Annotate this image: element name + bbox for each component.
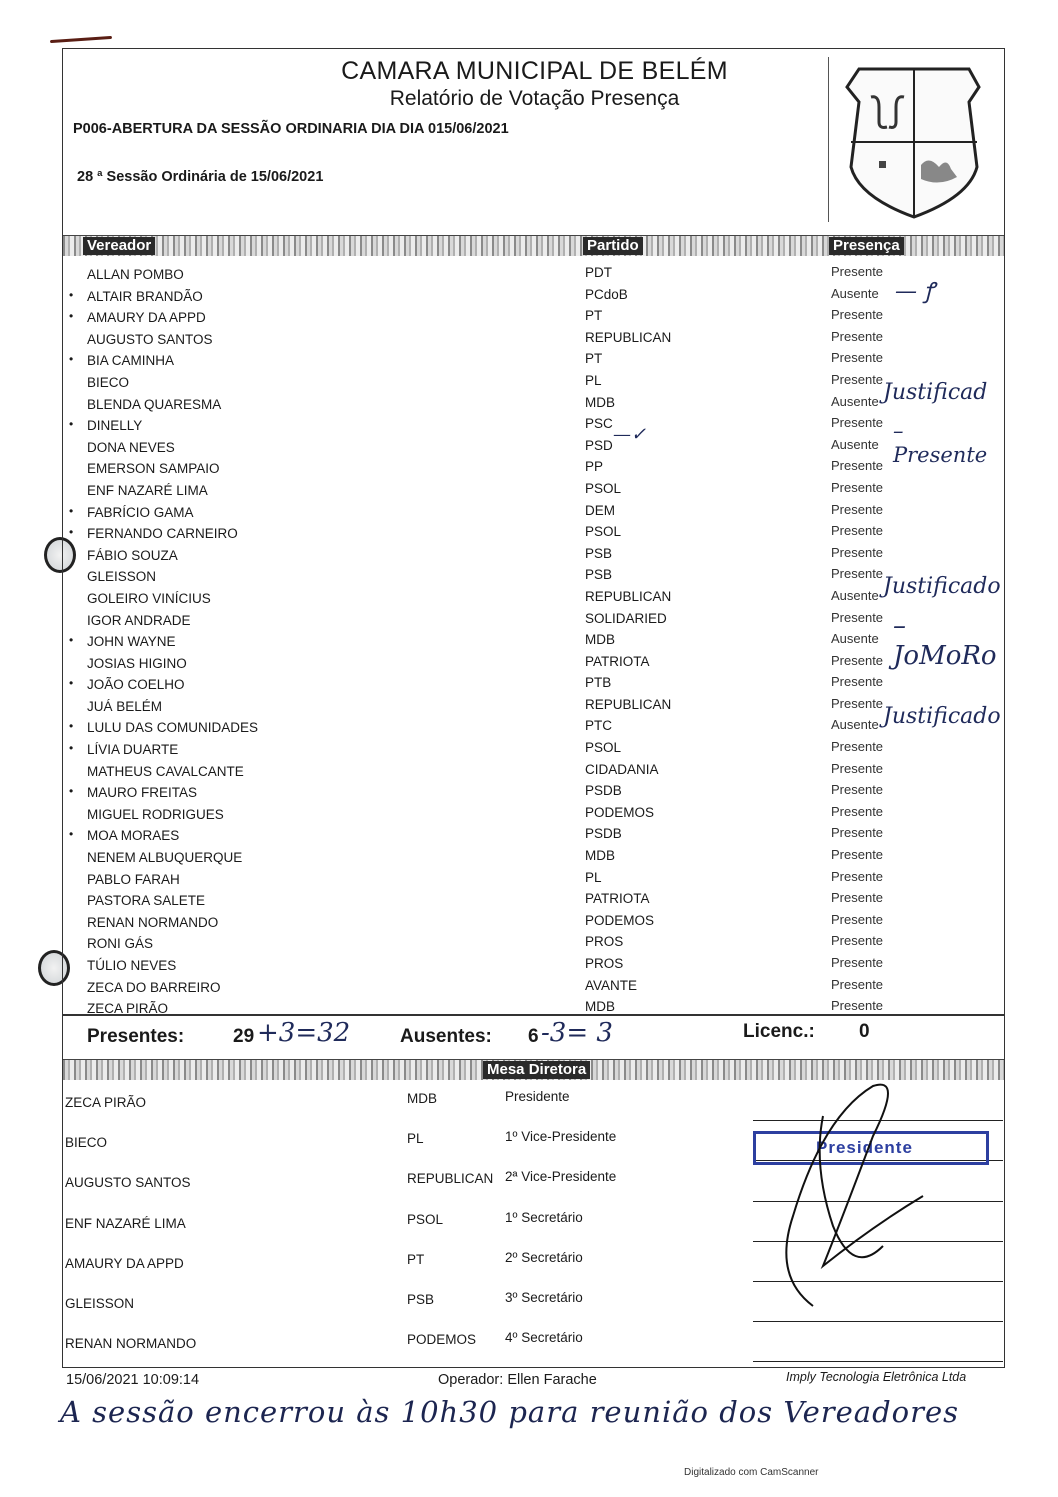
party: SOLIDARIED — [585, 611, 667, 626]
vereador-name: BIECO — [87, 375, 129, 390]
vereador-name: FABRÍCIO GAMA — [87, 505, 194, 520]
presence-status: Presente — [831, 739, 883, 754]
bullet-mark: • — [69, 719, 73, 733]
vereador-name: AUGUSTO SANTOS — [87, 332, 213, 347]
bullet-mark: • — [69, 309, 73, 323]
presence-status: Presente — [831, 545, 883, 560]
party: PATRIOTA — [585, 891, 650, 906]
column-header-vereador: Vereador — [83, 237, 155, 255]
table-row: •BIA CAMINHAPTPresente — [63, 350, 1004, 372]
member-name: ENF NAZARÉ LIMA — [65, 1216, 186, 1231]
member-role: 4º Secretário — [505, 1330, 583, 1345]
licenc-value: 0 — [859, 1021, 870, 1043]
presence-status: Ausente — [831, 286, 879, 301]
party: PSOL — [585, 740, 621, 755]
table-row: IGOR ANDRADESOLIDARIEDPresente — [63, 610, 1004, 632]
party: PSDB — [585, 826, 622, 841]
vereador-name: BLENDA QUARESMA — [87, 397, 221, 412]
party: PSOL — [585, 481, 621, 496]
party: REPUBLICAN — [585, 697, 671, 712]
table-row: •JOÃO COELHOPTBPresente — [63, 674, 1004, 696]
presence-status: Ausente — [831, 437, 879, 452]
table-row: BIECOPLPresente — [63, 372, 1004, 394]
member-party: REPUBLICAN — [407, 1171, 493, 1186]
party: REPUBLICAN — [585, 589, 671, 604]
party: PSB — [585, 567, 612, 582]
table-row: ENF NAZARÉ LIMAPSOLPresente — [63, 480, 1004, 502]
footer-timestamp: 15/06/2021 10:09:14 — [66, 1372, 199, 1388]
vereador-name: FERNANDO CARNEIRO — [87, 526, 238, 541]
presentes-label: Presentes: — [87, 1026, 184, 1048]
vereador-name: RONI GÁS — [87, 936, 153, 951]
presence-status: Ausente — [831, 717, 879, 732]
party: PTC — [585, 718, 612, 733]
ausentes-value: 6 — [528, 1026, 539, 1048]
handwritten-annotation: Justificad — [883, 380, 987, 405]
table-row: GLEISSONPSBPresente — [63, 566, 1004, 588]
table-row: •FERNANDO CARNEIROPSOLPresente — [63, 523, 1004, 545]
column-header-partido: Partido — [583, 237, 643, 255]
party: PTB — [585, 675, 611, 690]
table-row: RENAN NORMANDOPODEMOSPresente — [63, 912, 1004, 934]
presence-status: Ausente — [831, 631, 879, 646]
session-line: 28 ª Sessão Ordinária de 15/06/2021 — [77, 169, 323, 185]
presence-status: Presente — [831, 372, 883, 387]
presence-status: Presente — [831, 890, 883, 905]
presence-status: Presente — [831, 825, 883, 840]
party: PDT — [585, 265, 612, 280]
table-row: •AMAURY DA APPDPTPresente — [63, 307, 1004, 329]
presence-status: Presente — [831, 998, 883, 1013]
table-row: JUÁ BELÉMREPUBLICANPresente — [63, 696, 1004, 718]
party: MDB — [585, 999, 615, 1014]
party: MDB — [585, 395, 615, 410]
table-row: •JOHN WAYNEMDBAusente — [63, 631, 1004, 653]
mesa-title: Mesa Diretora — [483, 1061, 590, 1079]
party: PROS — [585, 956, 623, 971]
bullet-mark: • — [69, 784, 73, 798]
handwritten-signature: – JoMoRo — [893, 611, 1004, 671]
member-party: PT — [407, 1252, 424, 1267]
presentes-handwritten: +3=32 — [257, 1018, 350, 1048]
presence-status: Presente — [831, 350, 883, 365]
table-row: JOSIAS HIGINOPATRIOTAPresente — [63, 653, 1004, 675]
presence-status: Presente — [831, 782, 883, 797]
presence-status: Presente — [831, 804, 883, 819]
party: REPUBLICAN — [585, 330, 671, 345]
party: PATRIOTA — [585, 654, 650, 669]
table-row: FÁBIO SOUZAPSBPresente — [63, 545, 1004, 567]
vereador-name: EMERSON SAMPAIO — [87, 461, 220, 476]
table-row: MIGUEL RODRIGUESPODEMOSPresente — [63, 804, 1004, 826]
presence-status: Presente — [831, 329, 883, 344]
table-row: PABLO FARAHPLPresente — [63, 869, 1004, 891]
vereador-name: ENF NAZARÉ LIMA — [87, 483, 208, 498]
table-row: DONA NEVESPSDAusente — [63, 437, 1004, 459]
vereador-name: MATHEUS CAVALCANTE — [87, 764, 244, 779]
vereador-name: LULU DAS COMUNIDADES — [87, 720, 258, 735]
member-name: GLEISSON — [65, 1296, 134, 1311]
table-row: •ALTAIR BRANDÃOPCdoBAusente — [63, 286, 1004, 308]
presence-status: Presente — [831, 458, 883, 473]
footer-operator: Operador: Ellen Farache — [438, 1372, 597, 1388]
bullet-mark: • — [69, 417, 73, 431]
corner-pen-mark — [50, 36, 112, 43]
presence-status: Presente — [831, 307, 883, 322]
presence-status: Presente — [831, 674, 883, 689]
presence-status: Presente — [831, 761, 883, 776]
vereador-name: TÚLIO NEVES — [87, 958, 176, 973]
vereador-name: MAURO FREITAS — [87, 785, 197, 800]
member-name: AUGUSTO SANTOS — [65, 1175, 191, 1190]
party: PSOL — [585, 524, 621, 539]
presence-status: Presente — [831, 502, 883, 517]
party: PSB — [585, 546, 612, 561]
presence-status: Presente — [831, 566, 883, 581]
presence-status: Presente — [831, 653, 883, 668]
table-row: ZECA DO BARREIROAVANTEPresente — [63, 977, 1004, 999]
party: PSDB — [585, 783, 622, 798]
table-row: BLENDA QUARESMAMDBAusente — [63, 394, 1004, 416]
member-name: BIECO — [65, 1135, 107, 1150]
handwritten-annotation: Justificado — [883, 704, 1001, 729]
bullet-mark: • — [69, 827, 73, 841]
party: PROS — [585, 934, 623, 949]
handwritten-annotation: Justificado — [883, 574, 1001, 599]
party: PCdoB — [585, 287, 628, 302]
member-role: 3º Secretário — [505, 1290, 583, 1305]
member-role: 2ª Vice-Presidente — [505, 1169, 616, 1184]
presence-status: Presente — [831, 696, 883, 711]
presence-status: Presente — [831, 869, 883, 884]
party: PL — [585, 870, 602, 885]
ausentes-handwritten: -3= 3 — [541, 1018, 613, 1048]
handwritten-closing-note: A sessão encerrou às 10h30 para reunião … — [60, 1395, 959, 1429]
party: MDB — [585, 848, 615, 863]
member-name: RENAN NORMANDO — [65, 1336, 196, 1351]
report-frame: CAMARA MUNICIPAL DE BELÉM Relatório de V… — [62, 48, 1005, 1368]
table-row: •MOA MORAESPSDBPresente — [63, 825, 1004, 847]
member-party: PODEMOS — [407, 1332, 476, 1347]
member-party: MDB — [407, 1091, 437, 1106]
bullet-mark: • — [69, 504, 73, 518]
presence-status: Presente — [831, 480, 883, 495]
table-row: TÚLIO NEVESPROSPresente — [63, 955, 1004, 977]
vereador-name: JOSIAS HIGINO — [87, 656, 187, 671]
footer-vendor: Imply Tecnologia Eletrônica Ltda — [786, 1370, 966, 1384]
member-role: 1º Vice-Presidente — [505, 1129, 616, 1144]
presence-status: Presente — [831, 264, 883, 279]
member-party: PL — [407, 1131, 424, 1146]
bullet-mark: • — [69, 676, 73, 690]
table-row: AUGUSTO SANTOSREPUBLICANPresente — [63, 329, 1004, 351]
vereador-name: NENEM ALBUQUERQUE — [87, 850, 242, 865]
table-row: PASTORA SALETEPATRIOTAPresente — [63, 890, 1004, 912]
member-role: 1º Secretário — [505, 1210, 583, 1225]
vereador-name: GLEISSON — [87, 569, 156, 584]
party: PODEMOS — [585, 913, 654, 928]
party: PT — [585, 351, 602, 366]
vereador-name: ALLAN POMBO — [87, 267, 184, 282]
vereador-name: PASTORA SALETE — [87, 893, 205, 908]
party: CIDADANIA — [585, 762, 659, 777]
table-row: EMERSON SAMPAIOPPPresente — [63, 458, 1004, 480]
party: MDB — [585, 632, 615, 647]
bullet-mark: • — [69, 525, 73, 539]
procedure-line: P006-ABERTURA DA SESSÃO ORDINARIA DIA DI… — [73, 121, 509, 137]
column-header-presenca: Presença — [829, 237, 904, 255]
handwritten-annotation: – Presente — [893, 419, 1004, 467]
vereador-name: JOÃO COELHO — [87, 677, 185, 692]
table-row: NENEM ALBUQUERQUEMDBPresente — [63, 847, 1004, 869]
party: PSD — [585, 438, 613, 453]
handwritten-initials: —✓ — [613, 424, 646, 445]
presence-status: Presente — [831, 955, 883, 970]
bullet-mark: • — [69, 633, 73, 647]
presence-status: Presente — [831, 933, 883, 948]
vereador-name: ZECA DO BARREIRO — [87, 980, 221, 995]
licenc-label: Licenc.: — [743, 1021, 815, 1043]
table-row: GOLEIRO VINÍCIUSREPUBLICANAusente — [63, 588, 1004, 610]
table-row: MATHEUS CAVALCANTECIDADANIAPresente — [63, 761, 1004, 783]
totals-bar: Presentes: 29 +3=32 Ausentes: 6 -3= 3 Li… — [63, 1014, 1004, 1056]
bullet-mark: • — [69, 288, 73, 302]
member-role: Presidente — [505, 1089, 570, 1104]
member-role: 2º Secretário — [505, 1250, 583, 1265]
president-signature — [753, 1076, 973, 1316]
vereador-name: BIA CAMINHA — [87, 353, 174, 368]
member-party: PSOL — [407, 1212, 443, 1227]
vereador-name: MIGUEL RODRIGUES — [87, 807, 224, 822]
member-name: AMAURY DA APPD — [65, 1256, 184, 1271]
party: PT — [585, 308, 602, 323]
party: AVANTE — [585, 978, 637, 993]
vereador-name: AMAURY DA APPD — [87, 310, 206, 325]
mesa-diretora-table: ZECA PIRÃOMDBPresidenteBIECOPL1º Vice-Pr… — [63, 1081, 1004, 1362]
vereador-name: IGOR ANDRADE — [87, 613, 191, 628]
coat-of-arms-icon — [828, 57, 989, 222]
table-row: RONI GÁSPROSPresente — [63, 933, 1004, 955]
vereador-name: DONA NEVES — [87, 440, 175, 455]
vereador-name: PABLO FARAH — [87, 872, 180, 887]
vereador-name: MOA MORAES — [87, 828, 179, 843]
member-name: ZECA PIRÃO — [65, 1095, 146, 1110]
vereador-name: FÁBIO SOUZA — [87, 548, 178, 563]
vereador-name: ALTAIR BRANDÃO — [87, 289, 203, 304]
vereador-name: LÍVIA DUARTE — [87, 742, 178, 757]
presence-status: Ausente — [831, 394, 879, 409]
table-row: •LULU DAS COMUNIDADESPTCAusente — [63, 717, 1004, 739]
ausentes-label: Ausentes: — [400, 1026, 492, 1048]
presentes-value: 29 — [233, 1026, 254, 1048]
presence-status: Presente — [831, 610, 883, 625]
party: PL — [585, 373, 602, 388]
vereador-name: GOLEIRO VINÍCIUS — [87, 591, 211, 606]
table-row: ALLAN POMBOPDTPresente — [63, 264, 1004, 286]
bullet-mark: • — [69, 352, 73, 366]
presence-status: Presente — [831, 847, 883, 862]
presence-status: Ausente — [831, 588, 879, 603]
table-row: •MAURO FREITASPSDBPresente — [63, 782, 1004, 804]
party: PP — [585, 459, 603, 474]
party: PODEMOS — [585, 805, 654, 820]
vereador-name: DINELLY — [87, 418, 142, 433]
bullet-mark: • — [69, 741, 73, 755]
presence-status: Presente — [831, 977, 883, 992]
presence-status: Presente — [831, 415, 883, 430]
table-header-bar: Vereador Partido Presença — [63, 235, 1004, 256]
attendance-table: ALLAN POMBOPDTPresente•ALTAIR BRANDÃOPCd… — [63, 264, 1004, 1020]
table-row: •DINELLYPSCPresente — [63, 415, 1004, 437]
scanner-watermark: Digitalizado com CamScanner — [684, 1467, 819, 1478]
presence-status: Presente — [831, 523, 883, 538]
party: DEM — [585, 503, 615, 518]
vereador-name: JUÁ BELÉM — [87, 699, 162, 714]
vereador-name: JOHN WAYNE — [87, 634, 176, 649]
vereador-name: RENAN NORMANDO — [87, 915, 218, 930]
presence-status: Presente — [831, 912, 883, 927]
handwritten-signature: — ꝭ — [895, 275, 934, 305]
member-party: PSB — [407, 1292, 434, 1307]
party: PSC — [585, 416, 613, 431]
table-row: •LÍVIA DUARTEPSOLPresente — [63, 739, 1004, 761]
table-row: •FABRÍCIO GAMADEMPresente — [63, 502, 1004, 524]
